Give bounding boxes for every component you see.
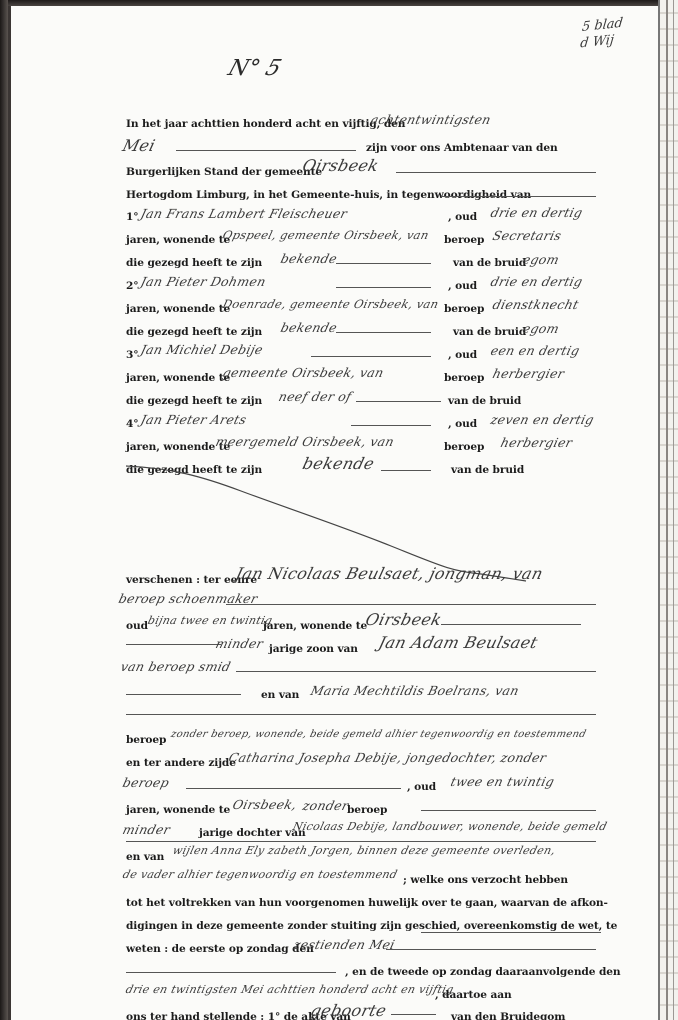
fill-line bbox=[386, 949, 596, 950]
fill-line bbox=[236, 671, 596, 672]
fill-line bbox=[126, 714, 596, 715]
bride-minor: minder bbox=[121, 822, 172, 837]
fill-line bbox=[441, 624, 581, 625]
bride-age: twee en twintig bbox=[449, 774, 556, 789]
groom-residence: Oirsbeek bbox=[364, 610, 444, 629]
groom-mother-occupation: zonder beroep, wonende, beide gemeld alh… bbox=[170, 729, 588, 740]
fill-line bbox=[391, 1014, 436, 1015]
closing-c1: ; welke ons verzocht hebben bbox=[403, 874, 568, 886]
groom-minor: minder bbox=[214, 636, 265, 651]
fill-line bbox=[126, 972, 336, 973]
bride-residence: Oirsbeek, bbox=[231, 797, 298, 812]
second-proclamation-date: drie en twintigsten Mei achttien honderd… bbox=[124, 983, 455, 996]
scan-left-edge bbox=[0, 0, 8, 1020]
bride-name: Catharina Josepha Debije, jongedochter, … bbox=[227, 750, 548, 765]
bride-mother: wijlen Anna Ely zabeth Jorgen, binnen de… bbox=[171, 844, 557, 857]
beroep-label: beroep bbox=[126, 734, 166, 746]
oud-label: , oud bbox=[407, 781, 436, 793]
closing-c3: digingen in deze gemeente zonder stuitin… bbox=[126, 920, 617, 932]
fill-line bbox=[186, 788, 401, 789]
fill-line bbox=[126, 841, 596, 842]
oud-label: oud bbox=[126, 620, 148, 632]
bride-label: en ter andere zijde bbox=[126, 757, 236, 769]
fill-line bbox=[421, 810, 596, 811]
first-proclamation-date: zestienden Mei bbox=[292, 937, 396, 952]
fill-line bbox=[421, 932, 601, 933]
jaren-label: jaren, wonende te bbox=[126, 804, 230, 816]
jaren-label: jaren, wonende te bbox=[263, 620, 367, 632]
en-van-label: en van bbox=[126, 851, 164, 863]
bride-beroep-prefix: zonder bbox=[301, 798, 350, 813]
book-binding-edge bbox=[658, 0, 678, 1020]
en-van-label: en van bbox=[261, 689, 299, 701]
groom-name: Jan Nicolaas Beulsaet, jongman, van bbox=[234, 564, 545, 583]
closing-c6-printed: , daartoe aan bbox=[435, 989, 512, 1001]
fill-line bbox=[226, 604, 596, 605]
fill-line bbox=[126, 694, 241, 695]
groom-age: bijna twee en twintig bbox=[146, 614, 274, 627]
fill-line bbox=[126, 644, 221, 645]
closing-c2: tot het voltrekken van hun voorgenomen h… bbox=[126, 897, 608, 909]
groom-father: Jan Adam Beulsaet bbox=[377, 633, 540, 652]
son-label: jarige zoon van bbox=[269, 643, 358, 655]
groom-mother: Maria Mechtildis Boelrans, van bbox=[309, 683, 521, 698]
groom-father-occupation: van beroep smid bbox=[119, 659, 232, 674]
beroep-label: beroep bbox=[347, 804, 387, 816]
document-type-hand: geboorte bbox=[309, 1001, 389, 1020]
bride-father: Nicolaas Debije, landbouwer, wonende, be… bbox=[291, 820, 608, 833]
closing-c4-printed: weten : de eerste op zondag den bbox=[126, 943, 314, 955]
bride-occupation: beroep bbox=[121, 775, 171, 790]
bride-consent: de vader alhier tegenwoordig en toestemm… bbox=[121, 868, 399, 881]
register-page: 5 blad d Wij N° 5 In het jaar achttien h… bbox=[8, 6, 661, 1020]
closing-c7-end: van den Bruidegom bbox=[451, 1011, 565, 1020]
closing-c5-printed: , en de tweede op zondag daaraanvolgende… bbox=[345, 966, 621, 978]
daughter-label: jarige dochter van bbox=[199, 827, 306, 839]
